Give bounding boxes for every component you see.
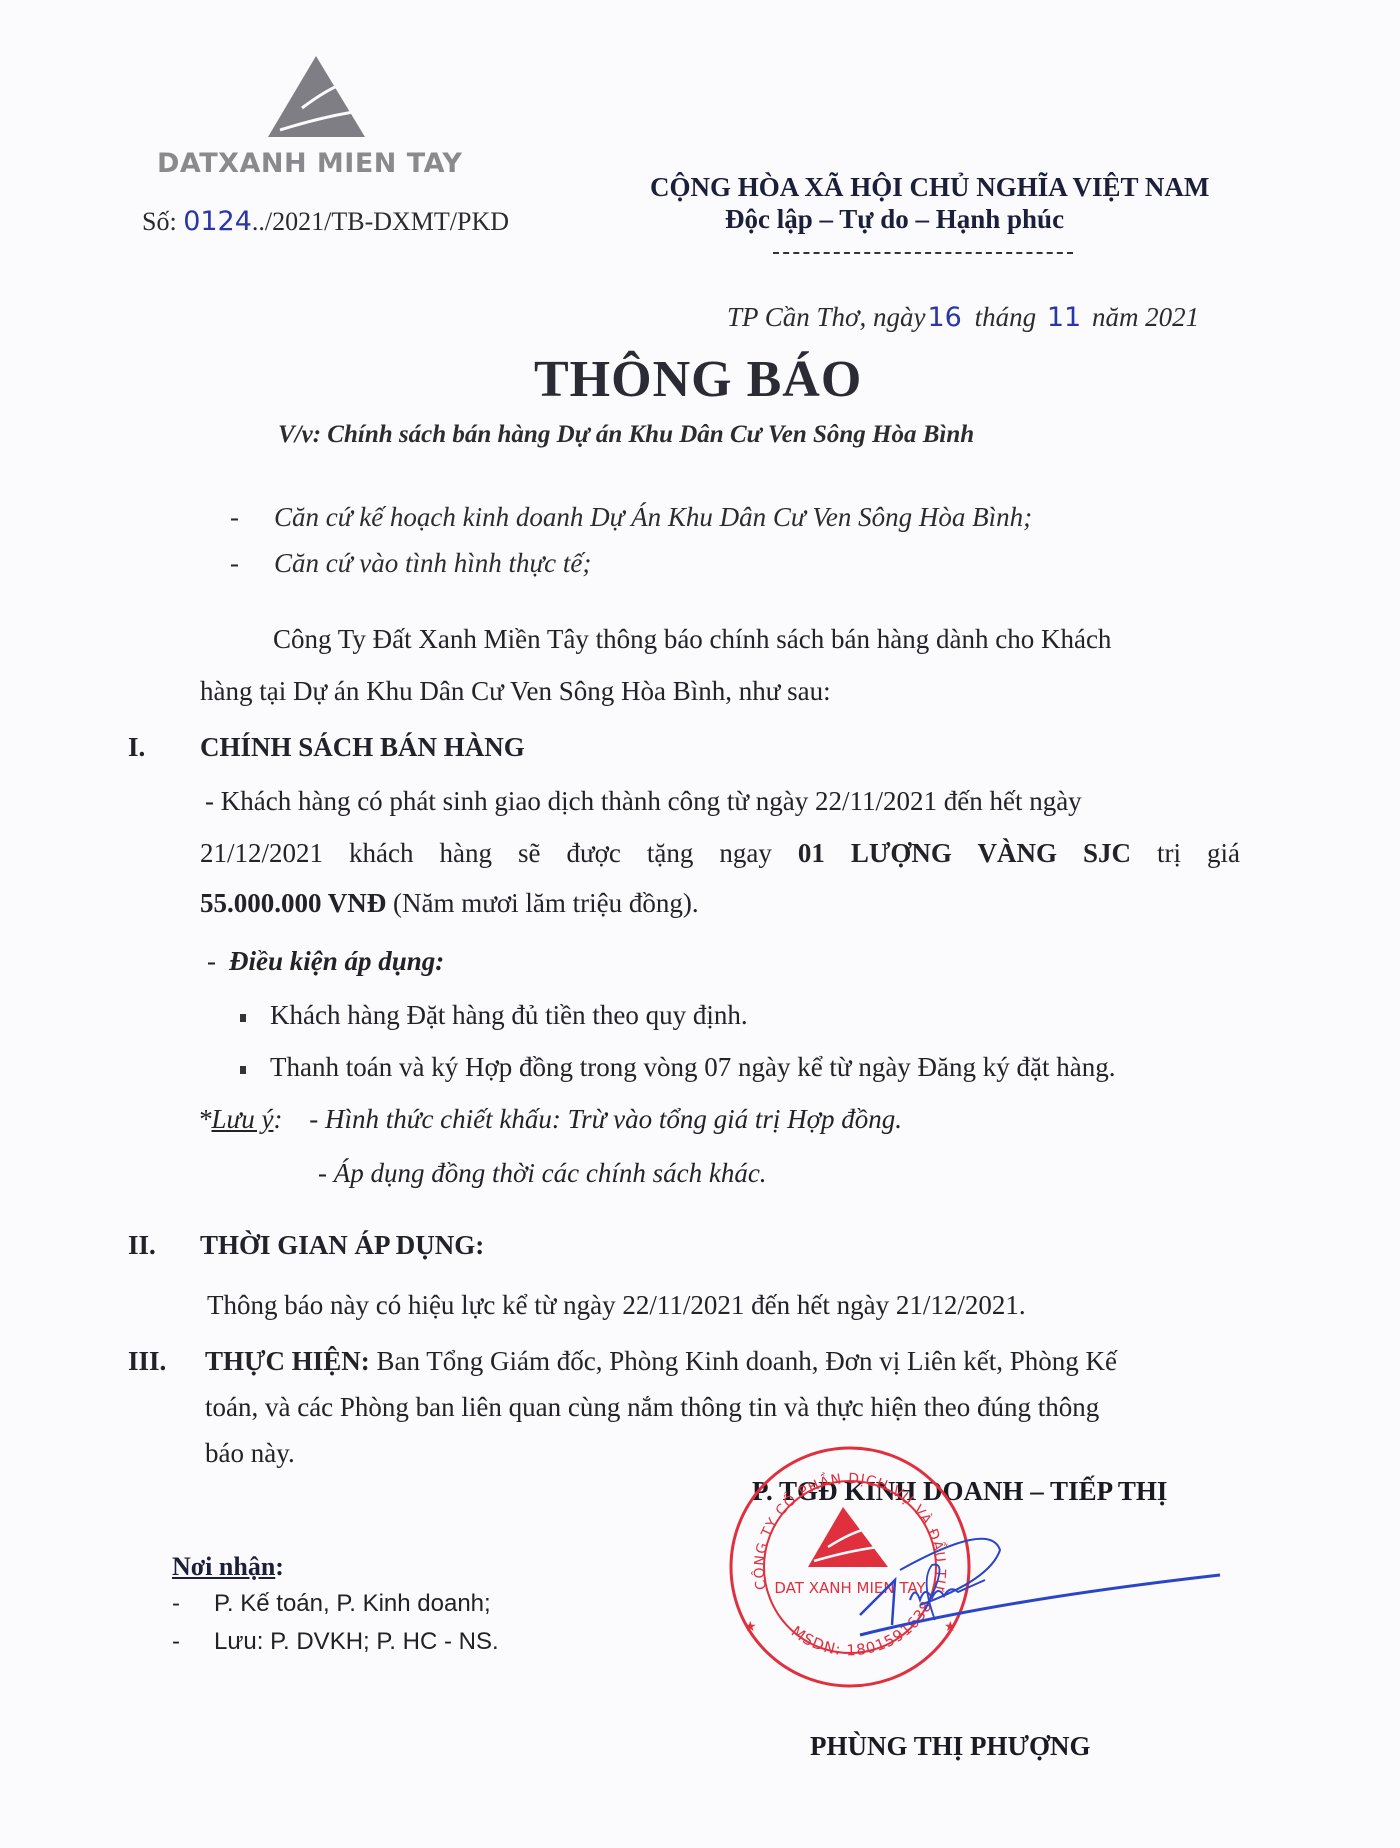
recipients-label: Nơi nhận [172,1552,275,1581]
company-logo-icon [268,56,368,140]
national-title: CỘNG HÒA XÃ HỘI CHỦ NGHĨA VIỆT NAM [650,172,1209,203]
note-prefix: * [198,1104,212,1134]
company-logo-text: DATXANH MIEN TAY [157,148,462,179]
section-2-heading: THỜI GIAN ÁP DỤNG: [200,1230,484,1261]
date-line: TP Cần Thơ, ngày16 tháng 11 năm 2021 [727,302,1199,333]
recipient-bullet: - [172,1628,214,1656]
note-line-1: *Lưu ý: - Hình thức chiết khấu: Trừ vào … [198,1104,902,1135]
recipients-heading: Nơi nhận: [172,1552,284,1582]
note-text: - Hình thức chiết khấu: Trừ vào tổng giá… [309,1104,902,1134]
note-colon: : [273,1104,282,1134]
conditions-label: Điều kiện áp dụng: [229,946,444,976]
basis-bullet: - [230,548,274,579]
gift-highlight: 01 LƯỢNG VÀNG SJC [798,838,1131,868]
note-line-2: - Áp dụng đồng thời các chính sách khác. [318,1158,767,1189]
effective-period: Thông báo này có hiệu lực kể từ ngày 22/… [207,1290,1026,1321]
document-number-suffix: ../2021/TB-DXMT/PKD [252,207,509,236]
recipient-text: P. Kế toán, P. Kinh doanh; [214,1590,491,1617]
basis-item: -Căn cứ kế hoạch kinh doanh Dự Án Khu Dâ… [230,502,1032,533]
basis-item: -Căn cứ vào tình hình thực tế; [230,548,591,579]
square-bullet-icon [240,1066,246,1074]
date-month: 11 [1047,302,1081,333]
recipient-item: -Lưu: P. DVKH; P. HC - NS. [172,1628,499,1656]
signature-scribble-icon [840,1530,1240,1650]
recipient-bullet: - [172,1590,214,1618]
document-title: THÔNG BÁO [534,350,862,409]
national-motto: Độc lập – Tự do – Hạnh phúc [725,204,1064,235]
recipient-item: -P. Kế toán, P. Kinh doanh; [172,1590,491,1618]
section-3-text: Ban Tổng Giám đốc, Phòng Kinh doanh, Đơn… [370,1346,1117,1376]
date-prefix: TP Cần Thơ, ngày [727,302,925,332]
basis-text: Căn cứ vào tình hình thực tế; [274,548,591,578]
note-label: Lưu ý [212,1104,274,1134]
document-number: Số: 0124../2021/TB-DXMT/PKD [142,206,509,237]
section-3-line-2: toán, và các Phòng ban liên quan cùng nắ… [205,1392,1099,1423]
date-year: năm 2021 [1092,302,1199,332]
section-3-numeral: III. [128,1346,166,1377]
condition-item: Thanh toán và ký Hợp đồng trong vòng 07 … [240,1052,1116,1083]
recipients-colon: : [275,1552,284,1581]
condition-text: Thanh toán và ký Hợp đồng trong vòng 07 … [270,1052,1116,1082]
basis-text: Căn cứ kế hoạch kinh doanh Dự Án Khu Dân… [274,502,1032,532]
document-subject: V/v: Chính sách bán hàng Dự án Khu Dân C… [278,421,974,449]
gift-value-words: (Năm mươi lăm triệu đồng). [386,888,698,918]
document-number-handwritten: 0124 [183,206,252,237]
policy-text: 21/12/2021 khách hàng sẽ được tặng ngay [200,838,798,868]
date-month-label: tháng [975,302,1037,332]
section-3-line-3: báo này. [205,1438,295,1469]
condition-item: Khách hàng Đặt hàng đủ tiền theo quy địn… [240,1000,748,1031]
motto-divider [773,252,1073,254]
conditions-dash: - [207,946,229,977]
recipient-text: Lưu: P. DVKH; P. HC - NS. [214,1628,499,1655]
condition-text: Khách hàng Đặt hàng đủ tiền theo quy địn… [270,1000,748,1030]
section-1-heading: CHÍNH SÁCH BÁN HÀNG [200,732,525,763]
policy-line-1: - Khách hàng có phát sinh giao dịch thàn… [205,786,1082,817]
policy-line-3: 55.000.000 VNĐ (Năm mươi lăm triệu đồng)… [200,888,699,919]
intro-line-1: Công Ty Đất Xanh Miền Tây thông báo chín… [273,624,1111,655]
signatory-name: PHÙNG THỊ PHƯỢNG [810,1731,1091,1762]
intro-line-2: hàng tại Dự án Khu Dân Cư Ven Sông Hòa B… [200,676,831,707]
date-day: 16 [927,302,961,333]
svg-text:★: ★ [744,1619,757,1635]
gift-value: 55.000.000 VNĐ [200,888,386,918]
policy-text: trị giá [1131,838,1240,868]
policy-line-2: 21/12/2021 khách hàng sẽ được tặng ngay … [200,838,1240,869]
section-1-numeral: I. [128,732,145,763]
section-3-line-1: THỰC HIỆN: Ban Tổng Giám đốc, Phòng Kinh… [205,1346,1117,1377]
basis-bullet: - [230,502,274,533]
square-bullet-icon [240,1014,246,1022]
conditions-heading: -Điều kiện áp dụng: [207,946,444,977]
section-3-heading: THỰC HIỆN: [205,1346,370,1376]
document-number-label: Số: [142,207,183,236]
section-2-numeral: II. [128,1230,156,1261]
